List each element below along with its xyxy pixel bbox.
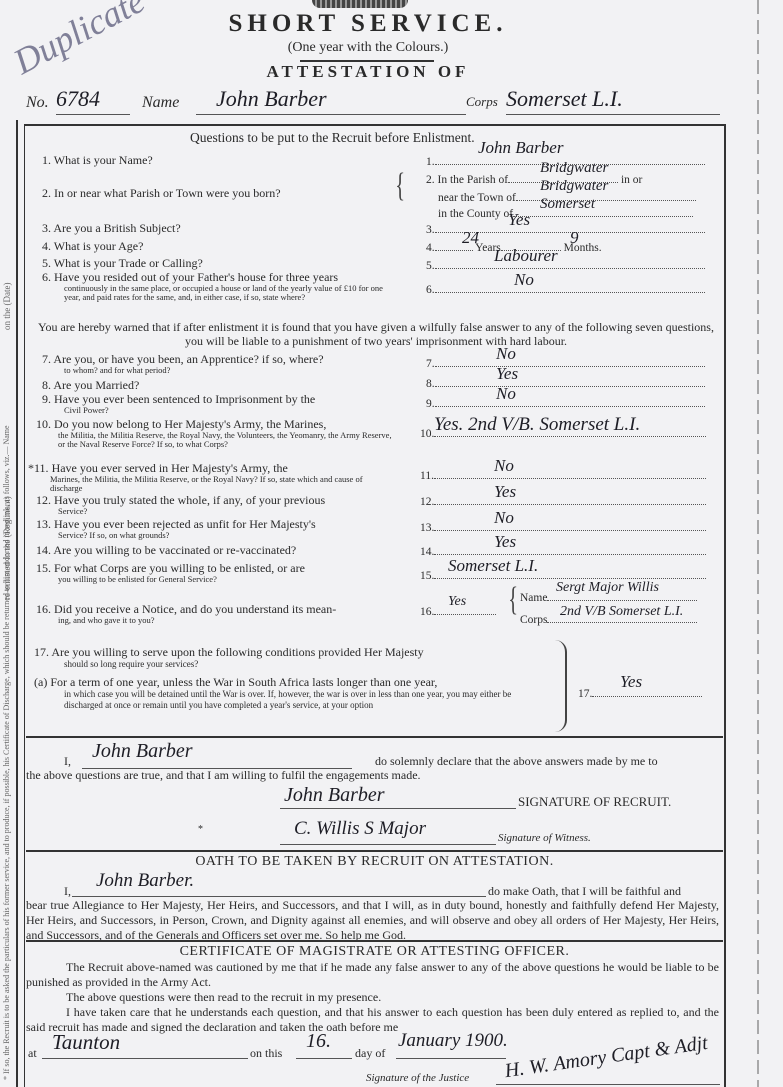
answer-11-value[interactable]: No	[494, 456, 514, 476]
answer-2-town-value[interactable]: Bridgwater	[540, 178, 608, 195]
month-year-value[interactable]: January 1900.	[398, 1030, 508, 1052]
question-15: 15. For what Corps are you willing to be…	[36, 562, 392, 584]
number-field[interactable]: 6784	[56, 86, 130, 115]
answer-7-number: 7.	[426, 358, 705, 370]
margin-rule	[16, 120, 18, 1087]
answer-2-parish-value[interactable]: Bridgwater	[540, 160, 608, 177]
royal-crest-icon	[312, 0, 408, 8]
day-value[interactable]: 16.	[306, 1030, 331, 1053]
oath-prefix: I,	[64, 884, 71, 899]
answer-8-number: 8.	[426, 378, 705, 390]
witness-signature[interactable]: C. Willis S Major	[294, 818, 426, 840]
answer-11-number: 11.	[420, 470, 706, 482]
form-title: SHORT SERVICE.	[178, 10, 558, 38]
answer-5-value[interactable]: Labourer	[494, 246, 558, 266]
question-7: 7. Are you, or have you been, an Apprent…	[42, 353, 392, 375]
certificate-paragraph-3: I have taken care that he understands ea…	[26, 1005, 719, 1035]
certificate-title: CERTIFICATE OF MAGISTRATE OR ATTESTING O…	[26, 944, 723, 960]
question-11: *11. Have you ever served in Her Majesty…	[28, 462, 392, 493]
certificate-body: The Recruit above-named was cautioned by…	[26, 960, 719, 1035]
answer-5-number: 5.	[426, 260, 705, 272]
answer-9-number: 9.	[426, 398, 705, 410]
declaration-text-1: do solemnly declare that the above answe…	[375, 754, 658, 769]
warning-text: You are hereby warned that if after enli…	[36, 320, 716, 348]
question-2: 2. In or near what Parish or Town were y…	[42, 187, 281, 200]
place-label: at	[28, 1046, 37, 1061]
question-4: 4. What is your Age?	[42, 240, 143, 253]
asterisk-mark: *	[198, 824, 203, 835]
divider-certificate	[26, 940, 723, 942]
day-of-label: day of	[355, 1046, 385, 1061]
brace-16: {	[508, 590, 518, 610]
answer-1-value[interactable]: John Barber	[478, 138, 563, 158]
margin-note-footnote: * If so, the Recruit is to be asked the …	[2, 425, 11, 1080]
declaration-text-2: the above questions are true, and that I…	[26, 768, 421, 783]
answer-13-value[interactable]: No	[494, 508, 514, 528]
question-12: 12. Have you truly stated the whole, if …	[36, 494, 392, 516]
question-17: 17. Are you willing to serve upon the fo…	[34, 646, 552, 711]
answer-9-value[interactable]: No	[496, 384, 516, 404]
answer-15-value[interactable]: Somerset L.I.	[448, 556, 538, 576]
answer-16-name-value[interactable]: Sergt Major Willis	[556, 580, 659, 596]
corps-field[interactable]: Somerset L.I.	[506, 86, 720, 115]
certificate-paragraph-1: The Recruit above-named was cautioned by…	[26, 960, 719, 990]
oath-text-1: do make Oath, that I will be faithful an…	[488, 884, 681, 899]
answer-4-months[interactable]: 9	[570, 228, 579, 248]
answer-16-value[interactable]: Yes	[448, 594, 466, 610]
answer-4-years[interactable]: 24	[462, 228, 479, 248]
form-heading: ATTESTATION OF	[178, 62, 558, 82]
question-10: 10. Do you now belong to Her Majesty's A…	[36, 418, 392, 449]
answer-10-value[interactable]: Yes. 2nd V/B. Somerset L.I.	[434, 414, 640, 436]
justice-signature-label: Signature of the Justice	[366, 1072, 469, 1084]
answer-14-value[interactable]: Yes	[494, 532, 516, 552]
oath-name[interactable]: John Barber.	[96, 870, 194, 892]
questions-heading: Questions to be put to the Recruit befor…	[190, 130, 475, 146]
answer-12-number: 12.	[420, 496, 706, 508]
answer-13-number: 13.	[420, 522, 706, 534]
recruit-signature[interactable]: John Barber	[284, 784, 385, 807]
place-value[interactable]: Taunton	[52, 1030, 120, 1055]
brace-2: {	[395, 176, 405, 196]
divider-oath	[26, 850, 723, 852]
certificate-paragraph-2: The above questions were then read to th…	[26, 990, 719, 1005]
oath-text-2: bear true Allegiance to Her Majesty, Her…	[26, 898, 719, 943]
answer-2-county-value[interactable]: Somerset	[540, 196, 595, 213]
question-3: 3. Are you a British Subject?	[42, 222, 181, 235]
on-this-label: on this	[250, 1046, 282, 1061]
answer-12-value[interactable]: Yes	[494, 482, 516, 502]
name-label: Name	[142, 94, 179, 112]
answer-6-value[interactable]: No	[514, 270, 534, 290]
answer-16-corps-value[interactable]: 2nd V/B Somerset L.I.	[560, 604, 683, 620]
question-1: 1. What is your Name?	[42, 154, 153, 167]
name-field[interactable]: John Barber	[196, 86, 466, 115]
divider-declaration	[26, 736, 723, 738]
witness-signature-label: Signature of Witness.	[498, 832, 591, 844]
question-6: 6. Have you resided out of your Father's…	[42, 271, 392, 302]
oath-title: OATH TO BE TAKEN BY RECRUIT ON ATTESTATI…	[26, 854, 723, 870]
answer-6-number: 6.	[426, 284, 705, 296]
question-16: 16. Did you receive a Notice, and do you…	[36, 603, 392, 625]
answer-8-value[interactable]: Yes	[496, 364, 518, 384]
brace-17	[553, 640, 567, 732]
recruit-signature-label: SIGNATURE OF RECRUIT.	[518, 794, 671, 810]
question-9: 9. Have you ever been sentenced to Impri…	[42, 393, 392, 415]
answer-2-parish-label: 2. In the Parish of in or	[426, 174, 642, 186]
form-subtitle: (One year with the Colours.)	[178, 40, 558, 56]
corps-label: Corps	[466, 94, 498, 110]
question-5: 5. What is your Trade or Calling?	[42, 257, 203, 270]
question-14: 14. Are you willing to be vaccinated or …	[36, 544, 296, 557]
question-13: 13. Have you ever been rejected as unfit…	[36, 518, 392, 540]
duplicate-annotation: Duplicate	[6, 0, 151, 83]
sheet-edge	[757, 0, 759, 1087]
number-label: No.	[26, 94, 49, 112]
declaration-name[interactable]: John Barber	[92, 740, 193, 763]
answer-7-value[interactable]: No	[496, 344, 516, 364]
answer-3-value[interactable]: Yes	[508, 210, 530, 230]
question-8: 8. Are you Married?	[42, 379, 139, 392]
margin-note-date: on the (Date)	[2, 283, 12, 330]
answer-17-value[interactable]: Yes	[620, 672, 642, 692]
declaration-prefix: I,	[64, 754, 71, 769]
